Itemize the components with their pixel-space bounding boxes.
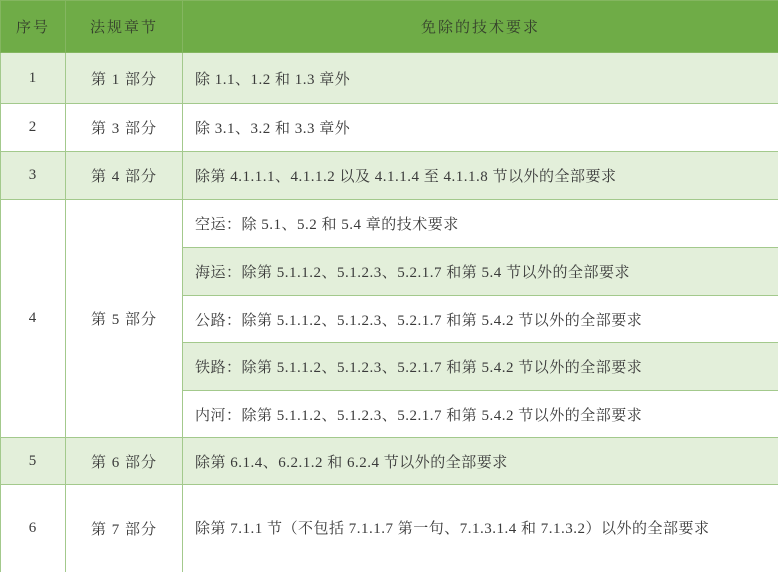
document-page: 序号 法规章节 免除的技术要求 1 第 1 部分 除 1.1、1.2 和 1.3… bbox=[0, 0, 778, 572]
row-no: 6 bbox=[1, 485, 66, 572]
row-chapter: 第 5 部分 bbox=[66, 200, 183, 438]
row-chapter: 第 3 部分 bbox=[66, 104, 183, 152]
row-no: 2 bbox=[1, 104, 66, 152]
table-row: 5 第 6 部分 除第 6.1.4、6.2.1.2 和 6.2.4 节以外的全部… bbox=[1, 438, 778, 485]
row-requirement: 除第 4.1.1.1、4.1.1.2 以及 4.1.1.4 至 4.1.1.8 … bbox=[183, 152, 778, 200]
row-no: 3 bbox=[1, 152, 66, 200]
table-row: 4 第 5 部分 空运：除 5.1、5.2 和 5.4 章的技术要求 bbox=[1, 200, 778, 248]
col-header-requirements: 免除的技术要求 bbox=[183, 1, 778, 53]
table-row: 3 第 4 部分 除第 4.1.1.1、4.1.1.2 以及 4.1.1.4 至… bbox=[1, 152, 778, 200]
row-no: 4 bbox=[1, 200, 66, 438]
exemption-table: 序号 法规章节 免除的技术要求 1 第 1 部分 除 1.1、1.2 和 1.3… bbox=[0, 0, 778, 572]
row-requirement-rail: 铁路：除第 5.1.1.2、5.1.2.3、5.2.1.7 和第 5.4.2 节… bbox=[183, 343, 778, 391]
row-no: 5 bbox=[1, 438, 66, 485]
row-requirement: 除第 6.1.4、6.2.1.2 和 6.2.4 节以外的全部要求 bbox=[183, 438, 778, 485]
row-no: 1 bbox=[1, 53, 66, 104]
header-row: 序号 法规章节 免除的技术要求 bbox=[1, 1, 778, 53]
row-chapter: 第 7 部分 bbox=[66, 485, 183, 572]
row-requirement-road: 公路：除第 5.1.1.2、5.1.2.3、5.2.1.7 和第 5.4.2 节… bbox=[183, 296, 778, 343]
row-chapter: 第 4 部分 bbox=[66, 152, 183, 200]
col-header-no: 序号 bbox=[1, 1, 66, 53]
row-chapter: 第 1 部分 bbox=[66, 53, 183, 104]
table-row: 1 第 1 部分 除 1.1、1.2 和 1.3 章外 bbox=[1, 53, 778, 104]
row-requirement-inland-waterway: 内河：除第 5.1.1.2、5.1.2.3、5.2.1.7 和第 5.4.2 节… bbox=[183, 391, 778, 438]
table-row: 6 第 7 部分 除第 7.1.1 节（不包括 7.1.1.7 第一句、7.1.… bbox=[1, 485, 778, 572]
col-header-chapter: 法规章节 bbox=[66, 1, 183, 53]
row-chapter: 第 6 部分 bbox=[66, 438, 183, 485]
table-row: 2 第 3 部分 除 3.1、3.2 和 3.3 章外 bbox=[1, 104, 778, 152]
row-requirement: 除 1.1、1.2 和 1.3 章外 bbox=[183, 53, 778, 104]
row-requirement-sea: 海运：除第 5.1.1.2、5.1.2.3、5.2.1.7 和第 5.4 节以外… bbox=[183, 248, 778, 296]
row-requirement: 除第 7.1.1 节（不包括 7.1.1.7 第一句、7.1.3.1.4 和 7… bbox=[183, 485, 778, 572]
row-requirement: 除 3.1、3.2 和 3.3 章外 bbox=[183, 104, 778, 152]
row-requirement-air: 空运：除 5.1、5.2 和 5.4 章的技术要求 bbox=[183, 200, 778, 248]
